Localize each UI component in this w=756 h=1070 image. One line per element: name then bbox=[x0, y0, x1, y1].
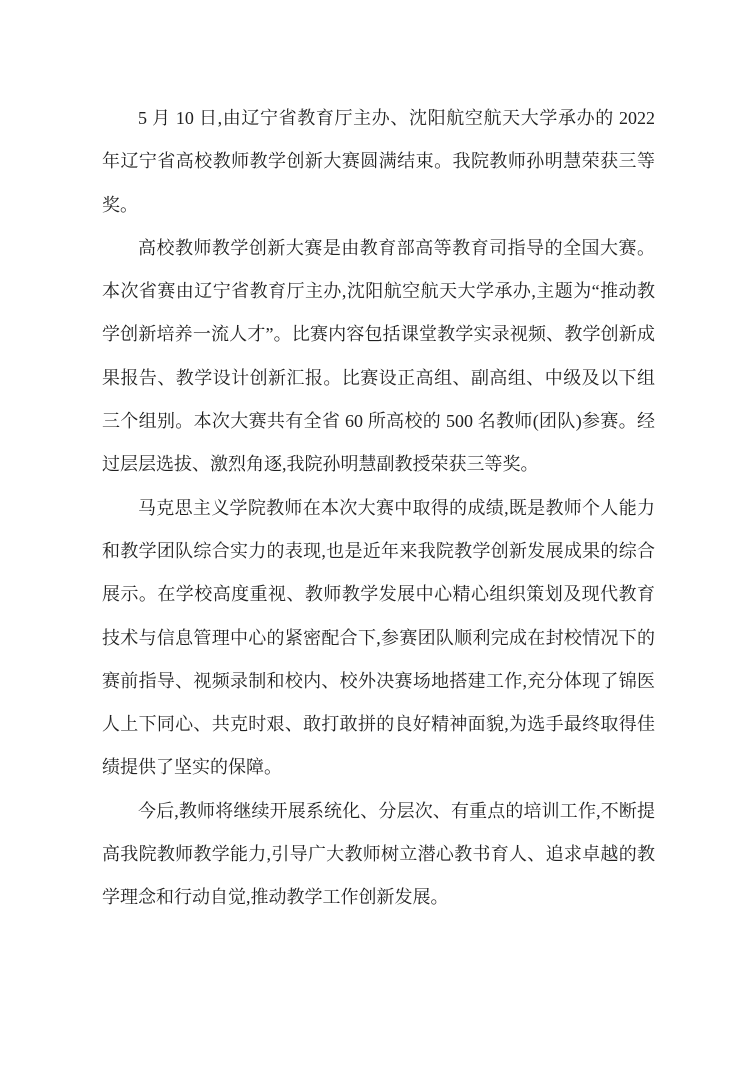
paragraph-future-plans: 今后,教师将继续开展系统化、分层次、有重点的培训工作,不断提高我院教师教学能力,… bbox=[102, 790, 655, 920]
document-text-block: 5 月 10 日,由辽宁省教育厅主办、沈阳航空航天大学承办的 2022 年辽宁省… bbox=[102, 97, 655, 920]
paragraph-competition-details: 高校教师教学创新大赛是由教育部高等教育司指导的全国大赛。本次省赛由辽宁省教育厅主… bbox=[102, 227, 655, 487]
document-page: 5 月 10 日,由辽宁省教育厅主办、沈阳航空航天大学承办的 2022 年辽宁省… bbox=[0, 0, 756, 1070]
paragraph-intro: 5 月 10 日,由辽宁省教育厅主办、沈阳航空航天大学承办的 2022 年辽宁省… bbox=[102, 97, 655, 227]
paragraph-achievement-summary: 马克思主义学院教师在本次大赛中取得的成绩,既是教师个人能力和教学团队综合实力的表… bbox=[102, 487, 655, 790]
